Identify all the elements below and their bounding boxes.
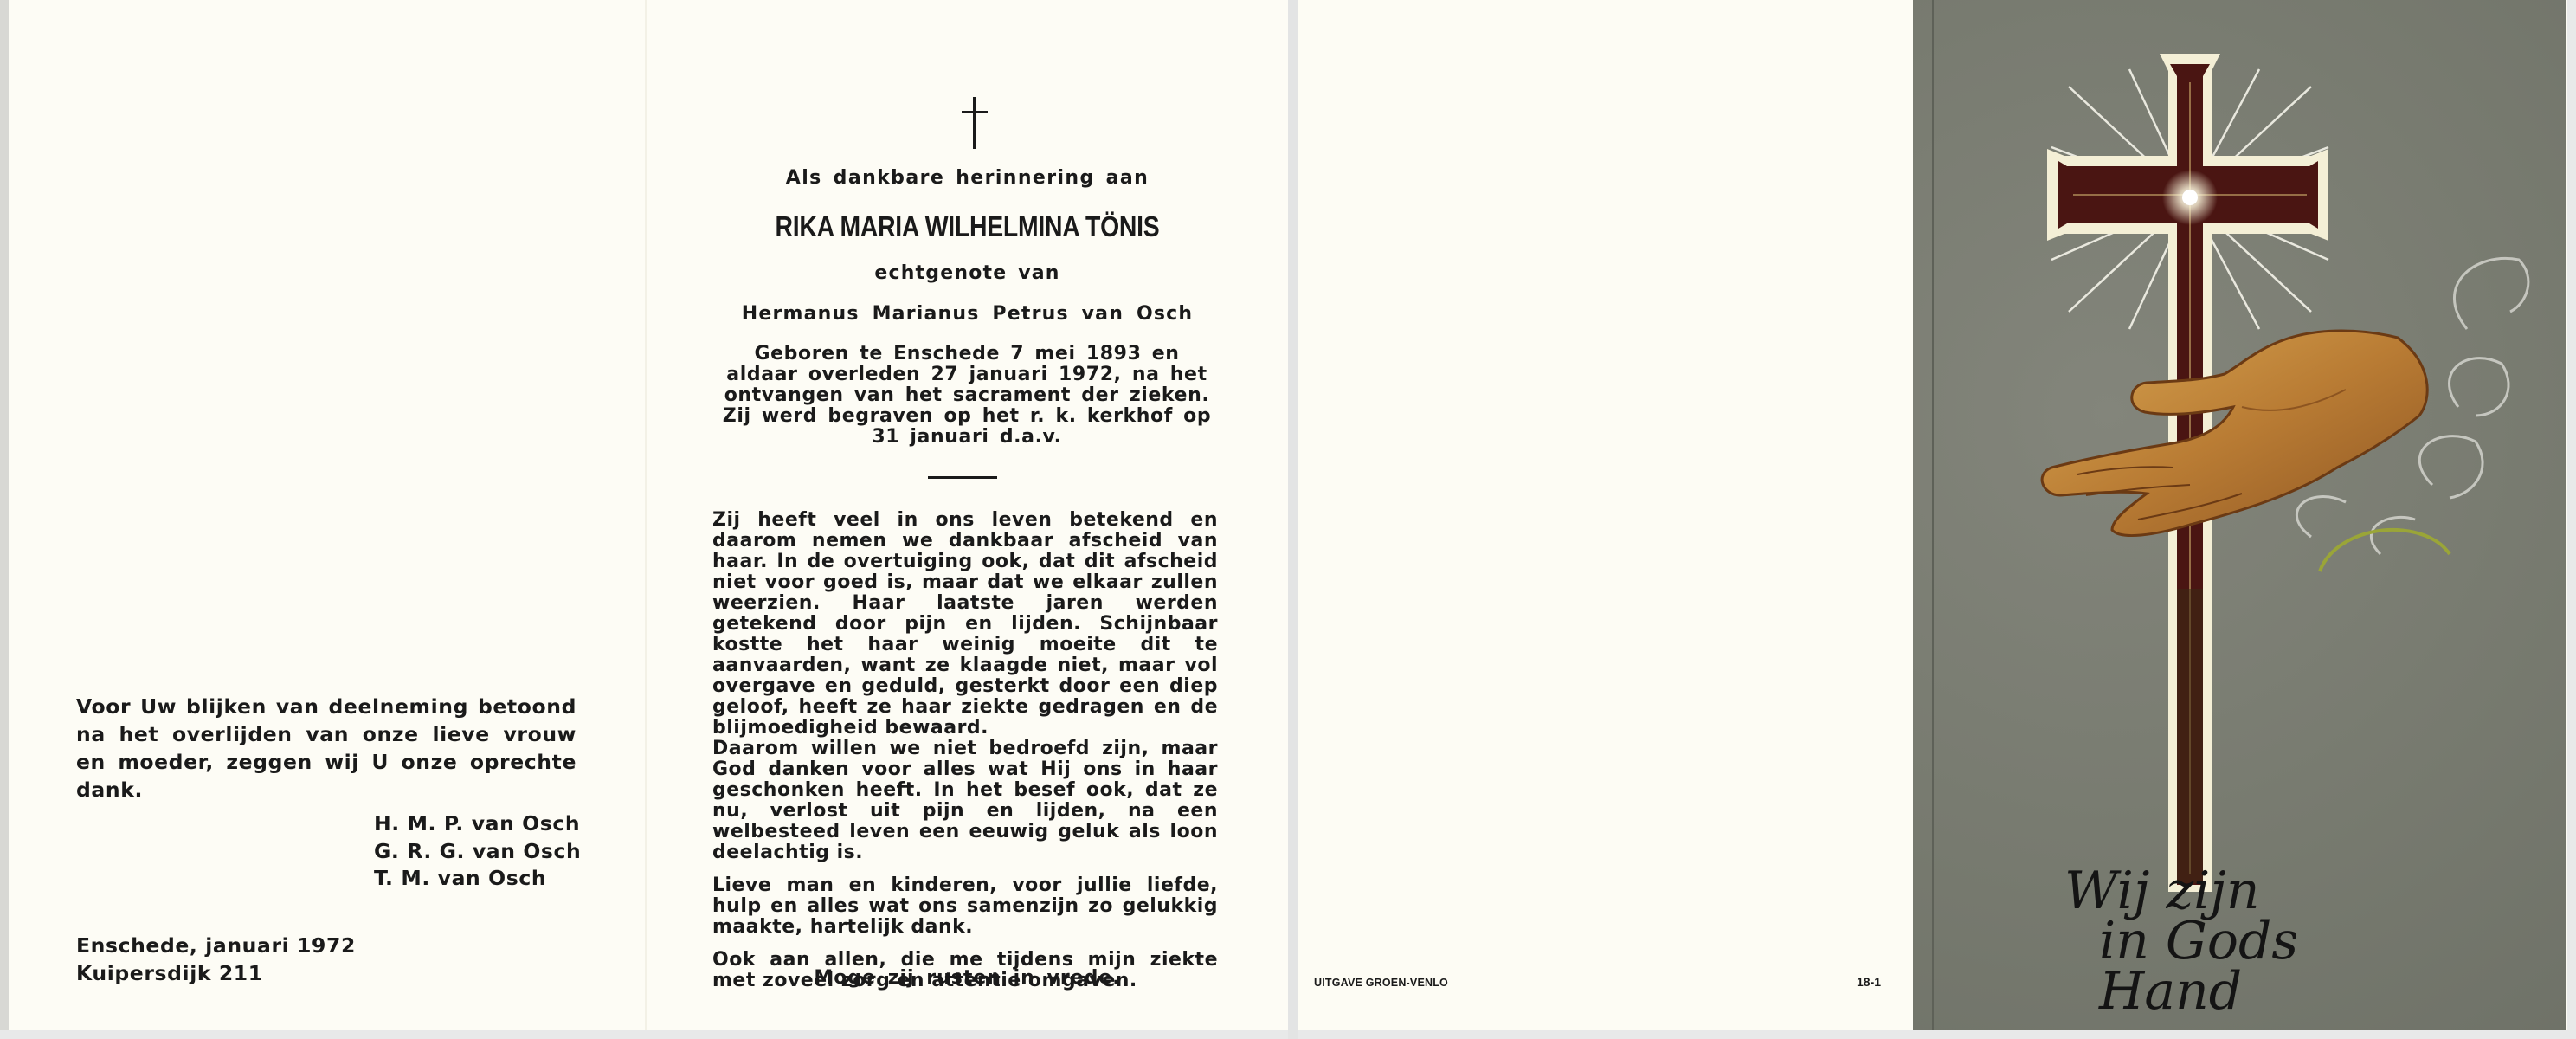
motto-line: Wij zijn bbox=[2030, 866, 2445, 916]
print-code: 18-1 bbox=[1857, 975, 1881, 989]
open-hand-icon bbox=[2042, 331, 2427, 536]
back-panel: UITGAVE GROEN-VENLO 18-1 bbox=[1298, 0, 1913, 1030]
signer: T. M. van Osch bbox=[374, 865, 581, 893]
body-paragraph: Lieve man en kinderen, voor jullie liefd… bbox=[712, 875, 1218, 938]
motto-line: in Gods Hand bbox=[2030, 916, 2445, 1016]
birth-death-text: Geboren te Enschede 7 mei 1893 en aldaar… bbox=[716, 344, 1218, 448]
cover-panel: Wij zijn in Gods Hand bbox=[1913, 0, 2566, 1030]
thanks-message: Voor Uw blijken van deelneming betoond n… bbox=[76, 693, 576, 803]
body-paragraph: Daarom willen we niet bedroefd zijn, maa… bbox=[712, 739, 1218, 863]
place-and-address: Enschede, januari 1972 Kuipersdijk 211 bbox=[76, 933, 356, 987]
thanks-panel: Voor Uw blijken van deelneming betoond n… bbox=[0, 0, 645, 1030]
memorial-body: Zij heeft veel in ons leven betekend en … bbox=[712, 510, 1218, 1004]
divider bbox=[928, 476, 997, 479]
signers-list: H. M. P. van Osch G. R. G. van Osch T. M… bbox=[374, 810, 581, 893]
memorial-panel: Als dankbare herinnering aan RIKA MARIA … bbox=[647, 0, 1288, 1030]
intro-line: Als dankbare herinnering aan bbox=[647, 167, 1288, 189]
publisher-imprint: UITGAVE GROEN-VENLO bbox=[1314, 977, 1448, 989]
inside-card: Voor Uw blijken van deelneming betoond n… bbox=[0, 0, 1288, 1030]
signer: G. R. G. van Osch bbox=[374, 838, 581, 866]
spouse-name: Hermanus Marianus Petrus van Osch bbox=[647, 303, 1288, 325]
signer: H. M. P. van Osch bbox=[374, 810, 581, 838]
relation-label: echtgenote van bbox=[647, 262, 1288, 284]
address: Kuipersdijk 211 bbox=[76, 960, 356, 988]
card-gap bbox=[1288, 0, 1298, 1039]
cover-motto: Wij zijn in Gods Hand bbox=[2030, 866, 2445, 1016]
place-date: Enschede, januari 1972 bbox=[76, 933, 356, 960]
outside-card: UITGAVE GROEN-VENLO 18-1 bbox=[1298, 0, 2567, 1030]
deceased-name: RIKA MARIA WILHELMINA TÖNIS bbox=[692, 210, 1243, 243]
cross-icon bbox=[962, 97, 988, 149]
body-paragraph: Zij heeft veel in ons leven betekend en … bbox=[712, 510, 1218, 739]
closing-line: Moge zij rusten in vrede. bbox=[647, 967, 1288, 989]
